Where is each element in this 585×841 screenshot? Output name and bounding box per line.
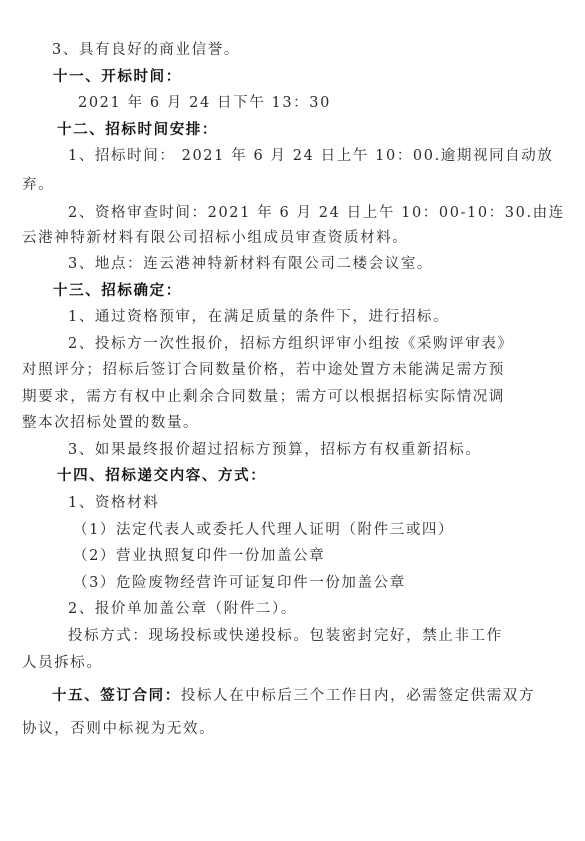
confirm-item-2-cont-1: 对照评分；招标后签订合同数量价格，若中途处置方未能满足需方预 bbox=[22, 360, 505, 380]
section-14-heading: 十四、招标递交内容、方式： bbox=[57, 466, 266, 486]
section-15-body: 投标人在中标后三个工作日内，必需签定供需双方 bbox=[181, 688, 535, 704]
submission-subitem-2: （2）营业执照复印件一份加盖公章 bbox=[73, 546, 325, 566]
section-15-heading: 十五、签订合同： bbox=[52, 687, 181, 704]
section-12-heading: 十二、招标时间安排： bbox=[57, 120, 218, 140]
qualification-item-3: 3、具有良好的商业信誉。 bbox=[52, 40, 240, 60]
confirm-item-2-cont-3: 整本次招标处置的数量。 bbox=[22, 413, 199, 433]
schedule-item-3: 3、地点：连云港神特新材料有限公司二楼会议室。 bbox=[68, 254, 433, 274]
section-15-cont: 协议，否则中标视为无效。 bbox=[22, 719, 215, 739]
confirm-item-1: 1、通过资格预审，在满足质量的条件下，进行招标。 bbox=[68, 307, 449, 327]
schedule-item-1-cont: 弃。 bbox=[22, 175, 54, 195]
submission-subitem-1: （1）法定代表人或委托人代理人证明（附件三或四） bbox=[73, 520, 454, 540]
confirm-item-2: 2、投标方一次性报价，招标方组织评审小组按《采购评审表》 bbox=[68, 334, 514, 354]
submission-item-2: 2、报价单加盖公章（附件二）。 bbox=[68, 599, 297, 619]
schedule-item-2: 2、资格审查时间：2021 年 6 月 24 日上午 10：00-10：30.由… bbox=[68, 203, 565, 223]
schedule-item-1: 1、招标时间： 2021 年 6 月 24 日上午 10：00.逾期视同自动放 bbox=[68, 146, 553, 166]
section-15-paragraph: 十五、签订合同：投标人在中标后三个工作日内，必需签定供需双方 bbox=[52, 686, 535, 706]
confirm-item-3: 3、如果最终报价超过招标方预算，招标方有权重新招标。 bbox=[68, 440, 481, 460]
submission-method: 投标方式：现场投标或快递投标。包装密封完好，禁止非工作 bbox=[68, 626, 503, 646]
confirm-item-2-cont-2: 期要求，需方有权中止剩余合同数量；需方可以根据招标实际情况调 bbox=[22, 387, 505, 407]
submission-item-1: 1、资格材料 bbox=[68, 493, 159, 513]
schedule-item-2-cont: 云港神特新材料有限公司招标小组成员审查资质材料。 bbox=[22, 228, 408, 248]
submission-subitem-3: （3）危险废物经营许可证复印件一份加盖公章 bbox=[73, 573, 406, 593]
section-13-heading: 十三、招标确定： bbox=[53, 281, 182, 301]
bid-opening-time: 2021 年 6 月 24 日下午 13：30 bbox=[78, 93, 331, 113]
section-11-heading: 十一、开标时间： bbox=[53, 67, 182, 87]
submission-method-cont: 人员拆标。 bbox=[22, 653, 103, 673]
